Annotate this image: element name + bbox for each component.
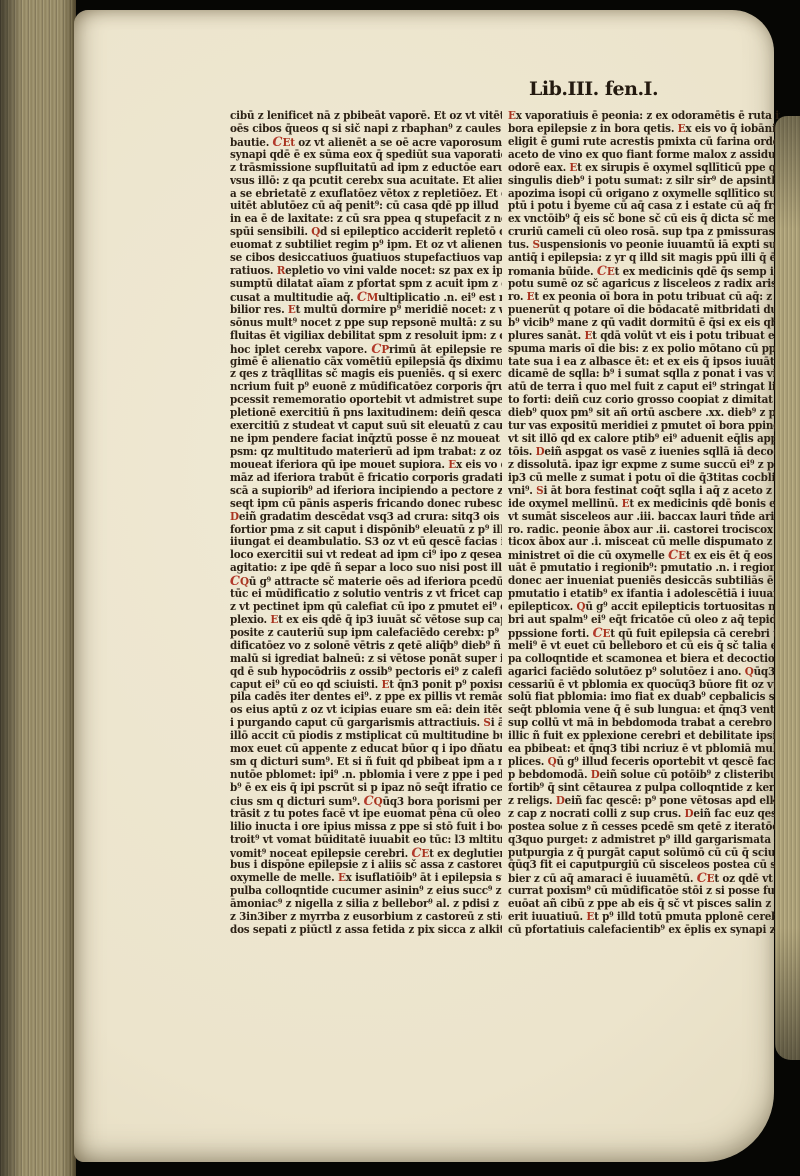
text-line: illic ñ fuit ex pplexione cerebri et deb… — [508, 730, 780, 743]
page-stack-edge-left — [0, 0, 76, 1176]
text-line: z vt pectinet ipm qū calefiat cū ipo z p… — [230, 601, 502, 614]
text-line: pcessit rememoratio oportebit vt admistr… — [230, 394, 502, 407]
text-line: sumptū dilatat aīam z pfortat spm z acui… — [230, 278, 502, 291]
text-line: sōnus mult⁹ nocet z ppe sup repsonē mult… — [230, 316, 502, 329]
page-stack-fore-edge-right — [775, 116, 800, 1060]
book-photograph: Lib.III. fen.I. cibū z lenificet nā z pb… — [0, 0, 800, 1176]
text-line: odorē eax. Et ex sirupis ē oxymel sqllīt… — [508, 161, 780, 174]
text-line: erit iuuatiuū. Et p⁹ illd totū pmuta ppl… — [508, 911, 780, 924]
text-line: pila cadēs iter dentes ei⁹. z ppe ex pil… — [230, 691, 502, 704]
text-line: ratiuos. Repletio vo vini valde nocet: s… — [230, 265, 502, 278]
text-line: spuma maris oī die bis: z ex polio mōtan… — [508, 342, 780, 355]
text-line: bier z cū aq̄ amaraci ē iuuamētū. CEt oz… — [508, 872, 780, 885]
text-line: eligit ē gumi rute acrestis pmixta cū fa… — [508, 136, 780, 149]
text-column-right: Ex vaporatiuis ē peonia: z ex odoramētis… — [508, 110, 780, 937]
text-line: uāt ē pmutatio i regionib⁹: pmutatio .n.… — [508, 562, 780, 575]
text-line: ptū i potu i byeme cū aq̄ casa z i estat… — [508, 200, 780, 213]
rubric-mark: C — [668, 549, 678, 562]
text-line: pulba colloqntide cucumer asinin⁹ z eius… — [230, 885, 502, 898]
text-line: ip3 cū melle z sumat i potu oī die q̄3ti… — [508, 472, 780, 485]
text-line: seqt ipm cū pānis asperis fricando donec… — [230, 497, 502, 510]
rubric-mark: C — [411, 846, 421, 859]
text-line: cibū z lenificet nā z pbibeāt vaporē. Et… — [230, 110, 502, 123]
text-line: māz ad iferiora trabūt ē fricatio corpor… — [230, 472, 502, 485]
text-line: tus. Suspensionis vo peonie iuuamtū iā e… — [508, 239, 780, 252]
text-line: ne ipm pendere faciat inq̄ztū posse ē nz… — [230, 433, 502, 446]
text-line: tur vas expositū meridiei z pmutet oī bo… — [508, 420, 780, 433]
text-line: ministret oī die cū oxymelle CEt ex eis … — [508, 549, 780, 562]
text-line: ncrium fuit p⁹ euonē z mūdificatōez corp… — [230, 381, 502, 394]
text-line: Ex vaporatiuis ē peonia: z ex odoramētis… — [508, 110, 780, 123]
text-line: p bebdomodā. Deiñ solue cū potōib⁹ z cli… — [508, 769, 780, 782]
text-line: euōat añ cibū z ppe ab eis q̄ sč vt pisc… — [508, 898, 780, 911]
rubric-mark: C — [371, 342, 381, 355]
text-line: cessariū ē vt pblomia ex quocūq3 būore f… — [508, 678, 780, 691]
rubric-mark: C — [597, 265, 607, 278]
rubric-mark: C — [364, 795, 374, 808]
text-line: fortior pma z sit caput i dispōnib⁹ eleu… — [230, 523, 502, 536]
text-line: solū fiat pblomia: imo fiat ex duab⁹ cep… — [508, 691, 780, 704]
text-line: psm: qz multitudo materierū ad ipm traba… — [230, 446, 502, 459]
text-line: iiungat ei deambulatio. S3 oz vt eū qesc… — [230, 536, 502, 549]
text-line: oxymelle de melle. Ex isuflatiōib⁹ āt i … — [230, 872, 502, 885]
text-line: tōis. Deiñ aspgat os vasē z iuenies sqll… — [508, 446, 780, 459]
text-line: malū si igrediat balneū: z si vētose pon… — [230, 652, 502, 665]
text-line: cusat a multitudie aq̄. CMultiplicatio .… — [230, 291, 502, 304]
text-line: atū de terra i quo mel fuit z caput ei⁹ … — [508, 381, 780, 394]
text-line: Deiñ gradatim descēdat vsq3 ad crura: si… — [230, 510, 502, 523]
rubric-mark: C — [357, 291, 367, 304]
text-line: ro. radic. peonie ābox aur .ii. castorei… — [508, 523, 780, 536]
text-line: z cap z nocrati colli z sup crus. Deiñ f… — [508, 808, 780, 821]
text-line: ppssione forti. CEt qū fuit epilepsia cā… — [508, 627, 780, 640]
text-line: illō accit cū piodis z mstiplicat cū mul… — [230, 730, 502, 743]
text-line: plures sanāt. Et qdā volūt vt eis i potu… — [508, 329, 780, 342]
rubric-mark: C — [593, 627, 603, 640]
text-line: troit⁹ vt vomat būiditatē iuuabit eo tūc… — [230, 833, 502, 846]
text-line: fluitas ēt vigiliax debilitat spm z reso… — [230, 329, 502, 342]
text-line: currat poxism⁹ cū mūdificatōe stōi z si … — [508, 885, 780, 898]
text-line: nutōe pblomet: ipi⁹ .n. pblomia i vere z… — [230, 769, 502, 782]
text-line: trāsit z tu potes facē vt ipe euomat pēn… — [230, 808, 502, 821]
text-line: āmoniac⁹ z nigella z silia z bellebor⁹ a… — [230, 898, 502, 911]
running-header: Lib.III. fen.I. — [529, 78, 729, 100]
text-line: loco exercitii sui vt redeat ad ipm ci⁹ … — [230, 549, 502, 562]
text-line: uitēt ablutōez cū aq̄ penit⁹: cū casa qd… — [230, 200, 502, 213]
text-line: qd ē sub hypocōdriis z ossib⁹ pectoris e… — [230, 665, 502, 678]
text-line: ex vnctōib⁹ q̄ eis sč bone sč cū eis q̄ … — [508, 213, 780, 226]
text-line: apozima isopi cū origano z oxymelle sqll… — [508, 187, 780, 200]
rubric-mark: C — [697, 872, 707, 885]
text-line: cū pfortatiuis calefacientib⁹ ex ēplis e… — [508, 924, 780, 937]
text-line: ticox ābox aur .i. misceat cū melle disp… — [508, 536, 780, 549]
text-line: bilior res. Et multū dormire p⁹ meridiē … — [230, 304, 502, 317]
text-line: moueat iferiora qū ipe mouet supiora. Ex… — [230, 459, 502, 472]
text-line: caput ei⁹ cū eo qd sciuisti. Et q̄n3 pon… — [230, 678, 502, 691]
text-line: plices. Qū g⁹ illud feceris oportebit vt… — [508, 756, 780, 769]
text-line: fortib⁹ q̄ sint cētaurea z pulpa colloqn… — [508, 782, 780, 795]
text-line: z religs. Deiñ fac qescē: p⁹ pone vētosa… — [508, 795, 780, 808]
text-line: singulis dieb⁹ i potu sumat: z silr sir⁹… — [508, 174, 780, 187]
text-line: putpurgia z q̄ purgāt caput solūmō cū cū… — [508, 846, 780, 859]
text-line: ro. Et ex peonia oī bora in potu tribuat… — [508, 291, 780, 304]
text-line: gimē ē alienatio cāx vomētiū epilepsiā q… — [230, 355, 502, 368]
text-line: vt sit illō qd ex calore ptib⁹ ei⁹ aduen… — [508, 433, 780, 446]
rubric-mark: C — [273, 136, 283, 149]
text-line: a se ebrietatē z exuflatōez vētox z repl… — [230, 187, 502, 200]
text-line: puenerūt q potare oī die bōdacatē mitbri… — [508, 304, 780, 317]
text-column-left: cibū z lenificet nā z pbibeāt vaporē. Et… — [230, 110, 502, 937]
text-line: dicamē de sqlla: b⁹ i sumat sqlla z pona… — [508, 368, 780, 381]
text-line: sm q dicturi sum⁹. Et si ñ fuit qd pbibe… — [230, 756, 502, 769]
text-line: pa colloqntide et scamonea et biera et d… — [508, 652, 780, 665]
text-line: spūi sensibili. Qd si epileptico accider… — [230, 226, 502, 239]
text-line: dificatōez vo z solonē vētris z qetē ali… — [230, 640, 502, 653]
text-line: ea pbibeat: et q̄nq3 tibi ncriuz ē vt pb… — [508, 743, 780, 756]
text-line: posite z cauteriū sup ipm calefaciēdo ce… — [230, 627, 502, 640]
text-line: to forti: deiñ cuz corio grosso coopiat … — [508, 394, 780, 407]
text-line: mox euet cū appente z educat būor q i ip… — [230, 743, 502, 756]
text-line: vomit⁹ noceat epilepsie cerebri. CEt ex … — [230, 846, 502, 859]
text-line: pmutatio i etatib⁹ ex ifantia i adolescē… — [508, 588, 780, 601]
text-line: potu sumē oz sč agaricus z lisceleos z r… — [508, 278, 780, 291]
text-line: scā a supiorib⁹ ad iferiora incipiendo a… — [230, 484, 502, 497]
text-line: bus i dispōne epilepsie z i aliis sč ass… — [230, 859, 502, 872]
text-line: tate sua i ea z albasce ēt: et ex eis q̄… — [508, 355, 780, 368]
text-line: q3quo purget: z admistret p⁹ illd gargar… — [508, 833, 780, 846]
text-line: z 3in3iber z myrrba z eusorbium z castor… — [230, 911, 502, 924]
text-line: vni⁹. Si āt bora festinat coq̄t sqlla i … — [508, 484, 780, 497]
text-line: se cibos desiccatiuos g̃uatiuos stupefac… — [230, 252, 502, 265]
text-line: dos sepati z piūctl z assa fetida z pix … — [230, 924, 502, 937]
text-line: bautie. CEt oz vt alienēt a se oē acre v… — [230, 136, 502, 149]
text-line: i purgando caput cū gargarismis attracti… — [230, 717, 502, 730]
text-line: plexio. Et ex eis qdē q̄ ip3 iuuāt sč vē… — [230, 614, 502, 627]
text-line: tūc ei mūdificatio z solutio ventris z v… — [230, 588, 502, 601]
text-line: bri aut spalm⁹ ei⁹ eq̄t fricatōe cū oleo… — [508, 614, 780, 627]
text-line: aceto de vino ex quo fiant forme malox z… — [508, 149, 780, 162]
text-line: vsus illō: z qa pcutit cerebx sua acuita… — [230, 174, 502, 187]
text-line: z qes z trāqllitas sč magis eis pueniēs.… — [230, 368, 502, 381]
text-line: ide oxymel mellinū. Et ex medicinis qdē … — [508, 497, 780, 510]
text-line: antiq̄ i epilepsia: z yr q illd sit magi… — [508, 252, 780, 265]
text-line: oēs cibos q̄ueos q si sič napi z rbaphan… — [230, 123, 502, 136]
text-line: CQū g⁹ attracte sč materie oēs ad iferio… — [230, 575, 502, 588]
text-line: donec aer inueniat pueniēs desiccās subt… — [508, 575, 780, 588]
text-line: agarici faciēdo solutōez p⁹ solutōez i a… — [508, 665, 780, 678]
text-line: euomat z subtiliet regim p⁹ ipm. Et oz v… — [230, 239, 502, 252]
text-line: agitatio: z ipe qdē ñ separ a loco suo n… — [230, 562, 502, 575]
text-line: meli⁹ ē vt euet cū belleboro et cū eis q… — [508, 640, 780, 653]
text-line: vt sumāt sisceleos aur .iii. baccax laur… — [508, 510, 780, 523]
text-line: lilio inucta i ore ipius missa z ppe si … — [230, 820, 502, 833]
text-line: q̄ūq3 fit ei caputpurgiū cū sisceleos po… — [508, 859, 780, 872]
text-line: dieb⁹ quox pm⁹ sit añ ortū ascbere .xx. … — [508, 407, 780, 420]
text-line: synapi qdē ē ex sūma eox q̄ spediūt sua … — [230, 149, 502, 162]
text-line: b⁹ ē ex eis q̄ ipi pscrūt si p ipaz nō s… — [230, 782, 502, 795]
text-line: postea solue z ñ cesses pcedē sm qetē z … — [508, 820, 780, 833]
text-line: romania būide. CEt ex medicinis qdē q̄s … — [508, 265, 780, 278]
text-line: z dissolutā. ipaz igr expme z sume succū… — [508, 459, 780, 472]
rubric-mark: C — [230, 575, 240, 588]
text-line: seq̄t pblomia vene q̄ ē sub lungua: et q… — [508, 704, 780, 717]
text-line: z trāsmissione supfluitatū ad ipm z educ… — [230, 161, 502, 174]
text-line: cius sm q dicturi sum⁹. CQūq3 bora poris… — [230, 795, 502, 808]
text-line: sup collū vt mā in bebdomoda trabat a ce… — [508, 717, 780, 730]
text-line: pletionē exercitiū ñ pns laxitudinem: de… — [230, 407, 502, 420]
text-line: b⁹ vicib⁹ mane z qū vadit dormitū ē q̄si… — [508, 316, 780, 329]
text-line: hoc iplet cerebx vapore. CPrimū āt epile… — [230, 342, 502, 355]
text-line: os eius aptū z oz vt icipias euare sm eā… — [230, 704, 502, 717]
text-line: cruriū cameli cū oleo rosā. sup tpa z pm… — [508, 226, 780, 239]
text-line: in ea ē de laxitate: z cū sra ppea q stu… — [230, 213, 502, 226]
text-line: exercitiū z studeat vt caput suū sit ele… — [230, 420, 502, 433]
text-line: epilepticox. Qū g⁹ accit epilepticis tor… — [508, 601, 780, 614]
text-line: bora epilepsie z in bora qetis. Ex eis v… — [508, 123, 780, 136]
